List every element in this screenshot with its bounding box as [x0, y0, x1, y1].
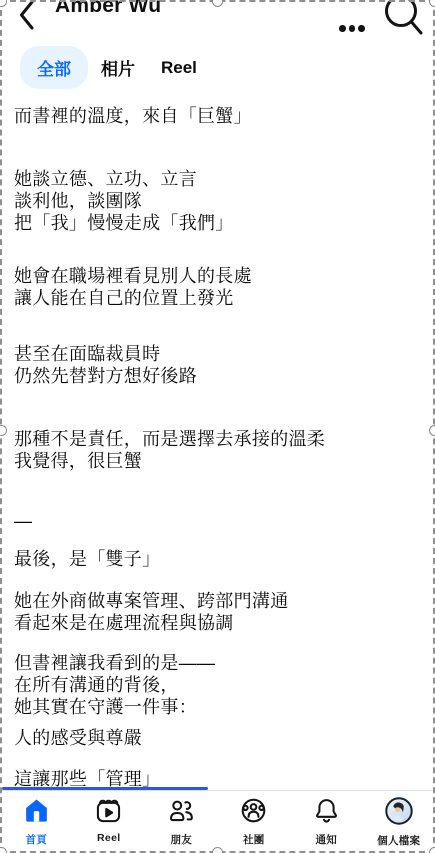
back-button[interactable] — [14, 0, 40, 32]
selection-handle[interactable] — [0, 0, 7, 7]
post-paragraph: 她在外商做專案管理、跨部門溝通 看起來是在處理流程與協調 — [14, 590, 427, 634]
tab-all[interactable]: 全部 — [20, 46, 88, 89]
post-paragraph: 她談立德、立功、立言 談利他，談團隊 把「我」慢慢走成「我們」 — [14, 168, 427, 234]
home-icon — [23, 797, 50, 827]
nav-notifications[interactable]: 通知 — [290, 791, 363, 853]
selection-handle[interactable] — [0, 425, 7, 436]
reels-icon — [95, 797, 122, 827]
profile-avatar — [385, 797, 413, 828]
app-screen: Amber Wu 全部 相片 Reel 而書裡的溫度，來自「巨蟹」 她談立德、立… — [0, 0, 435, 853]
groups-icon — [240, 797, 267, 827]
bottom-nav: 首頁 Reel 朋友 — [0, 791, 435, 853]
post-paragraph: 最後，是「雙子」 — [14, 548, 427, 570]
result-tabs: 全部 相片 Reel — [20, 46, 210, 89]
post-paragraph: 人的感受與尊嚴 — [14, 727, 427, 749]
post-paragraph: 而書裡的溫度，來自「巨蟹」 — [14, 105, 427, 127]
three-dots-icon — [339, 25, 346, 32]
bell-icon — [313, 797, 340, 827]
nav-label: 通知 — [315, 832, 337, 847]
selection-handle[interactable] — [212, 847, 223, 853]
friends-icon — [168, 797, 195, 827]
selection-handle[interactable] — [212, 0, 223, 7]
post-paragraph: 但書裡讓我看到的是—— 在所有溝通的背後， 她其實在守護一件事： — [14, 652, 427, 718]
nav-reel[interactable]: Reel — [73, 791, 146, 853]
chevron-left-icon — [15, 18, 39, 33]
nav-label: 社團 — [243, 832, 265, 847]
nav-label: 朋友 — [170, 832, 192, 847]
tab-photos[interactable]: 相片 — [88, 46, 148, 89]
nav-groups[interactable]: 社團 — [218, 791, 291, 853]
nav-label: 個人檔案 — [377, 833, 420, 848]
post-paragraph: 那種不是責任，而是選擇去承接的溫柔 我覺得，很巨蟹 — [14, 428, 427, 472]
page-title: Amber Wu — [55, 0, 161, 18]
nav-label: 首頁 — [25, 832, 47, 847]
search-button[interactable] — [380, 0, 430, 43]
selection-handle[interactable] — [429, 425, 435, 436]
more-options-button[interactable] — [337, 23, 367, 34]
post-paragraph: 甚至在面臨裁員時 仍然先替對方想好後路 — [14, 343, 427, 387]
post-paragraph: — — [14, 510, 427, 532]
nav-label: Reel — [97, 832, 120, 844]
magnifier-icon — [380, 31, 430, 46]
nav-friends[interactable]: 朋友 — [145, 791, 218, 853]
nav-profile[interactable]: 個人檔案 — [363, 791, 435, 853]
nav-home[interactable]: 首頁 — [0, 791, 73, 853]
tab-reel[interactable]: Reel — [148, 49, 210, 87]
post-body: 而書裡的溫度，來自「巨蟹」 她談立德、立功、立言 談利他，談團隊 把「我」慢慢走… — [14, 105, 427, 790]
post-paragraph: 她會在職場裡看見別人的長處 讓人能在自己的位置上發光 — [14, 265, 427, 309]
